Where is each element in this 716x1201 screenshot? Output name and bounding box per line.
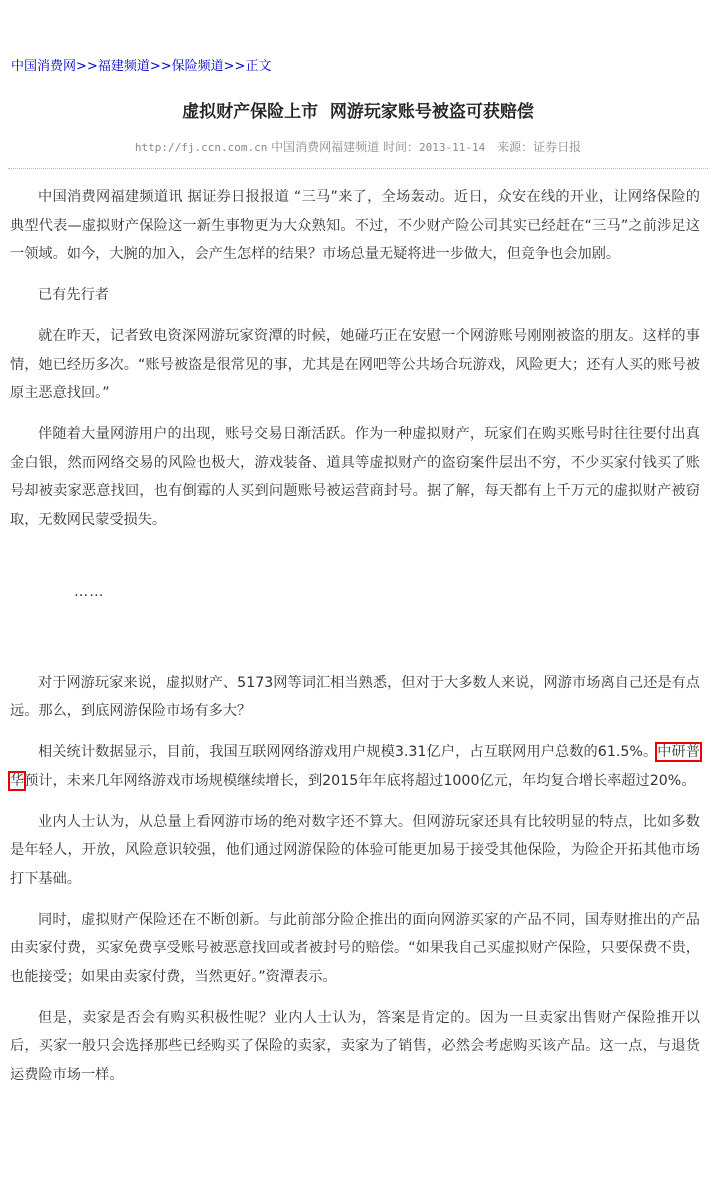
breadcrumb-article-link[interactable]: 正文 [245,59,271,74]
breadcrumb-separator: >> [224,59,246,74]
paragraph: 同时，虚拟财产保险还在不断创新。与此前部分险企推出的面向网游买家的产品不同，国寿… [10,906,700,992]
meta-divider [8,168,708,169]
paragraph-text: 相关统计数据显示，目前，我国互联网网络游戏用户规模3.31亿户，占互联网用户总数… [38,744,657,760]
paragraph: 就在昨天，记者致电资深网游玩家资潭的时候，她碰巧正在安慰一个网游账号刚刚被盗的朋… [10,322,700,408]
paragraph: 但是，卖家是否会有购买积极性呢？业内人士认为，答案是肯定的。因为一旦卖家出售财产… [10,1004,700,1090]
ellipsis: …… [10,578,700,607]
paragraph-intro: 中国消费网福建频道讯 据证券日报报道 “三马”来了，全场轰动。近日，众安在线的开… [10,183,700,269]
meta-url: http://fj.ccn.com.cn [135,141,267,154]
paragraph-text: 预计，未来几年网络游戏市场规模继续增长，到2015年年底将超过1000亿元，年均… [24,773,695,789]
article-page: 中国消费网>>福建频道>>保险频道>>正文 虚拟财产保险上市 网游玩家账号被盗可… [0,0,716,1201]
breadcrumb-separator: >> [76,59,98,74]
breadcrumb-separator: >> [150,59,172,74]
section-heading: 已有先行者 [10,281,700,310]
breadcrumb-home-link[interactable]: 中国消费网 [11,59,76,74]
paragraph: 对于网游玩家来说，虚拟财产、5173网等词汇相当熟悉，但对于大多数人来说，网游市… [10,669,700,726]
article-meta: http://fj.ccn.com.cn 中国消费网福建频道 时间：2013-1… [0,139,716,156]
meta-channel: 中国消费网福建频道 [271,140,379,154]
article-body: 中国消费网福建频道讯 据证券日报报道 “三马”来了，全场轰动。近日，众安在线的开… [10,183,700,1102]
paragraph: 业内人士认为，从总量上看网游市场的绝对数字还不算大。但网游玩家还具有比较明显的特… [10,808,700,894]
breadcrumb-insurance-channel-link[interactable]: 保险频道 [172,59,224,74]
meta-time: 2013-11-14 [419,141,485,154]
paragraph-statistics: 相关统计数据显示，目前，我国互联网网络游戏用户规模3.31亿户，占互联网用户总数… [10,738,700,795]
meta-source-label: 来源： [497,140,533,154]
article-title: 虚拟财产保险上市 网游玩家账号被盗可获赔偿 [0,100,716,124]
breadcrumb: 中国消费网>>福建频道>>保险频道>>正文 [11,58,271,76]
paragraph: 伴随着大量网游用户的出现，账号交易日渐活跃。作为一种虚拟财产，玩家们在购买账号时… [10,420,700,534]
meta-source: 证券日报 [533,140,581,154]
meta-time-label: 时间： [383,140,419,154]
breadcrumb-fujian-channel-link[interactable]: 福建频道 [98,59,150,74]
